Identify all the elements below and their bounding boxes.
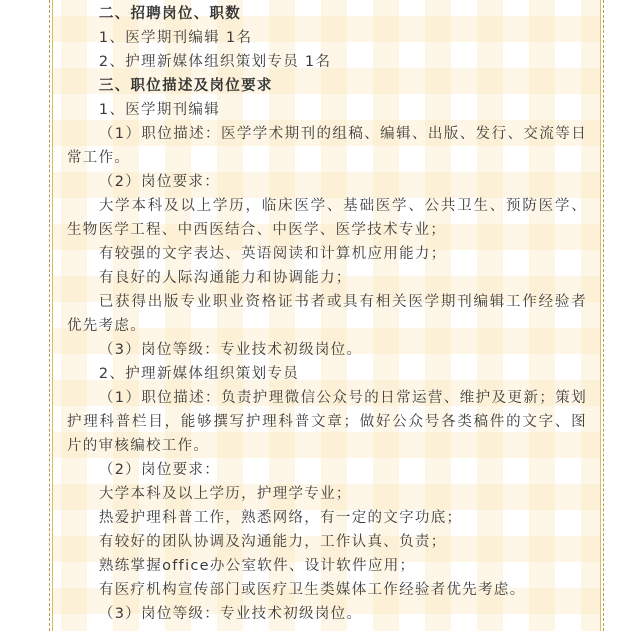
requirement-item: 大学本科及以上学历，临床医学、基础医学、公共卫生、预防医学、生物医学工程、中西医… [67, 194, 587, 242]
requirement-item: 已获得出版专业职业资格证书者或具有相关医学期刊编辑工作经验者优先考虑。 [67, 290, 587, 338]
position-title: 1、医学期刊编辑 [67, 98, 587, 122]
article-content: 二、招聘岗位、职数 1、医学期刊编辑 1名 2、护理新媒体组织策划专员 1名 三… [67, 2, 587, 626]
position-title: 2、护理新媒体组织策划专员 [67, 362, 587, 386]
position-description: （1）职位描述：负责护理微信公众号的日常运营、维护及更新；策划护理科普栏目，能够… [67, 386, 587, 458]
requirement-item: 有较强的文字表达、英语阅读和计算机应用能力； [67, 242, 587, 266]
requirement-item: 有良好的人际沟通能力和协调能力； [67, 266, 587, 290]
section-heading-requirements: 三、职位描述及岗位要求 [67, 74, 587, 98]
position-description: （1）职位描述：医学学术期刊的组稿、编辑、出版、发行、交流等日常工作。 [67, 122, 587, 170]
position-count-item: 1、医学期刊编辑 1名 [67, 26, 587, 50]
requirements-label: （2）岗位要求： [67, 458, 587, 482]
left-dashed-border [49, 0, 50, 631]
requirement-item: 熟练掌握office办公室软件、设计软件应用； [67, 554, 587, 578]
requirement-item: 有医疗机构宣传部门或医疗卫生类媒体工作经验者优先考虑。 [67, 578, 587, 602]
requirement-item: 热爱护理科普工作，熟悉网络，有一定的文字功底； [67, 506, 587, 530]
requirement-item: 有较好的团队协调及沟通能力，工作认真、负责； [67, 530, 587, 554]
requirements-label: （2）岗位要求： [67, 170, 587, 194]
right-dashed-border [603, 0, 604, 631]
position-level: （3）岗位等级：专业技术初级岗位。 [67, 602, 587, 626]
right-solid-border [600, 0, 601, 631]
section-heading-positions: 二、招聘岗位、职数 [67, 2, 587, 26]
position-count-item: 2、护理新媒体组织策划专员 1名 [67, 50, 587, 74]
requirement-item: 大学本科及以上学历，护理学专业； [67, 482, 587, 506]
article-frame: 二、招聘岗位、职数 1、医学期刊编辑 1名 2、护理新媒体组织策划专员 1名 三… [49, 0, 605, 631]
position-level: （3）岗位等级：专业技术初级岗位。 [67, 338, 587, 362]
